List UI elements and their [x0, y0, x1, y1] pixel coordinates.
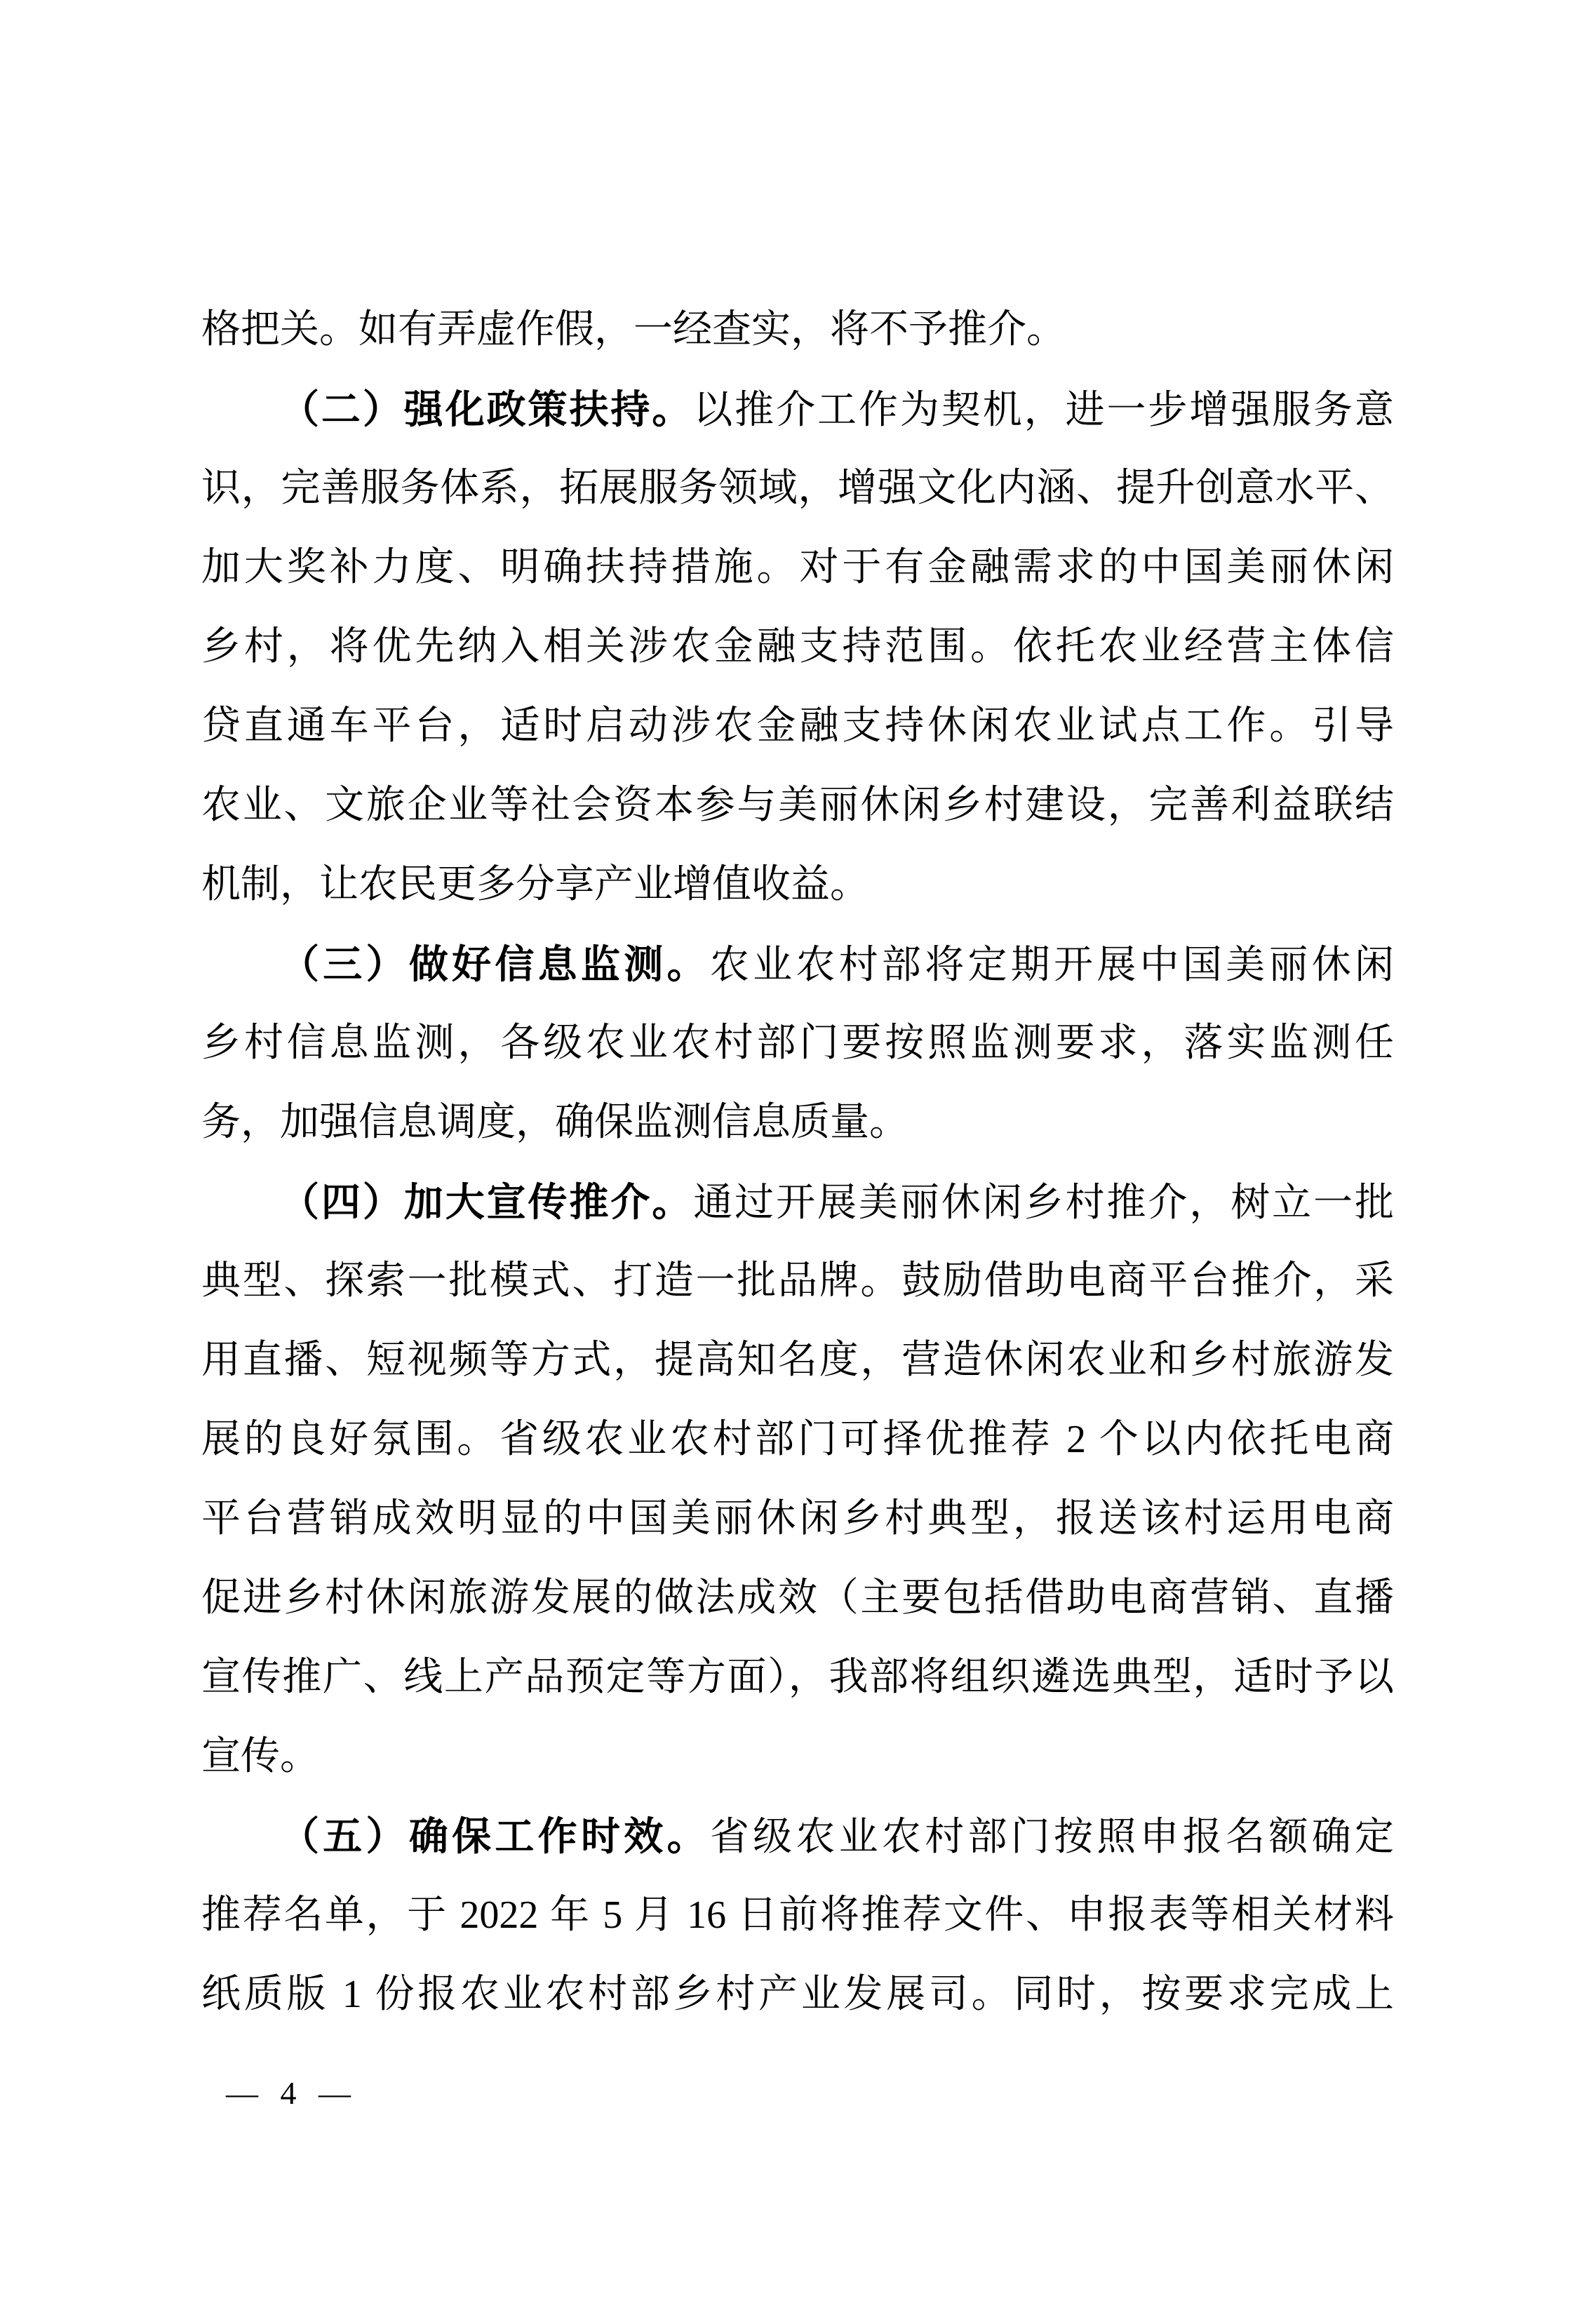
- body-text: 务，加强信息调度，确保监测信息质量。: [201, 1101, 908, 1144]
- text-line: 务，加强信息调度，确保监测信息质量。: [201, 1083, 1394, 1162]
- text-line: （二）强化政策扶持。以推介工作为契机，进一步增强服务意: [201, 370, 1394, 449]
- body-text: 乡村信息监测，各级农业农村部门要按照监测要求，落实监测任: [201, 1021, 1394, 1065]
- section-heading: （三）做好信息监测。: [280, 942, 710, 986]
- text-line: 平台营销成效明显的中国美丽休闲乡村典型，报送该村运用电商: [201, 1479, 1394, 1559]
- body-text: 平台营销成效明显的中国美丽休闲乡村典型，报送该村运用电商: [201, 1497, 1394, 1541]
- body-text: 乡村，将优先纳入相关涉农金融支持范围。依托农业经营主体信: [201, 625, 1394, 669]
- text-line: （三）做好信息监测。农业农村部将定期开展中国美丽休闲: [201, 925, 1394, 1004]
- document-body: 格把关。如有弄虚作假，一经查实，将不予推介。（二）强化政策扶持。以推介工作为契机…: [201, 290, 1394, 2034]
- body-text: 省级农业农村部门按照申报名额确定: [710, 1816, 1394, 1859]
- text-line: （五）确保工作时效。省级农业农村部门按照申报名额确定: [201, 1797, 1394, 1876]
- text-line: 典型、探索一批模式、打造一批品牌。鼓励借助电商平台推介，采: [201, 1242, 1394, 1321]
- page-number: — 4 —: [226, 2071, 358, 2116]
- document-page: 格把关。如有弄虚作假，一经查实，将不予推介。（二）强化政策扶持。以推介工作为契机…: [0, 0, 1596, 2315]
- text-line: 贷直通车平台，适时启动涉农金融支持休闲农业试点工作。引导: [201, 687, 1394, 766]
- text-line: 乡村，将优先纳入相关涉农金融支持范围。依托农业经营主体信: [201, 608, 1394, 687]
- text-line: 农业、文旅企业等社会资本参与美丽休闲乡村建设，完善利益联结: [201, 766, 1394, 845]
- section-heading: （二）强化政策扶持。: [280, 387, 693, 431]
- body-text: 纸质版 1 份报农业农村部乡村产业发展司。同时，按要求完成上: [201, 1973, 1394, 2016]
- text-line: 展的良好氛围。省级农业农村部门可择优推荐 2 个以内依托电商: [201, 1400, 1394, 1479]
- body-text: 机制，让农民更多分享产业增值收益。: [201, 863, 869, 906]
- text-line: 乡村信息监测，各级农业农村部门要按照监测要求，落实监测任: [201, 1004, 1394, 1083]
- body-text: 农业、文旅企业等社会资本参与美丽休闲乡村建设，完善利益联结: [201, 784, 1394, 827]
- body-text: 识，完善服务体系，拓展服务领域，增强文化内涵、提升创意水平、: [201, 467, 1394, 510]
- section-heading: （五）确保工作时效。: [280, 1814, 710, 1858]
- body-text: 宣传。: [201, 1735, 319, 1778]
- body-text: 加大奖补力度、明确扶持措施。对于有金融需求的中国美丽休闲: [201, 546, 1394, 589]
- text-line: 纸质版 1 份报农业农村部乡村产业发展司。同时，按要求完成上: [201, 1955, 1394, 2034]
- body-text: 以推介工作为契机，进一步增强服务意: [693, 389, 1394, 432]
- body-text: 推荐名单，于 2022 年 5 月 16 日前将推荐文件、申报表等相关材料: [201, 1893, 1394, 1937]
- body-text: 典型、探索一批模式、打造一批品牌。鼓励借助电商平台推介，采: [201, 1259, 1394, 1303]
- body-text: 格把关。如有弄虚作假，一经查实，将不予推介。: [201, 308, 1066, 351]
- text-line: 宣传。: [201, 1717, 1394, 1797]
- body-text: 贷直通车平台，适时启动涉农金融支持休闲农业试点工作。引导: [201, 704, 1394, 748]
- body-text: 宣传推广、线上产品预定等方面），我部将组织遴选典型，适时予以: [201, 1656, 1394, 1699]
- text-line: 促进乡村休闲旅游发展的做法成效（主要包括借助电商营销、直播: [201, 1559, 1394, 1638]
- text-line: 加大奖补力度、明确扶持措施。对于有金融需求的中国美丽休闲: [201, 528, 1394, 608]
- body-text: 通过开展美丽休闲乡村推介，树立一批: [693, 1181, 1394, 1225]
- text-line: 格把关。如有弄虚作假，一经查实，将不予推介。: [201, 290, 1394, 370]
- body-text: 促进乡村休闲旅游发展的做法成效（主要包括借助电商营销、直播: [201, 1576, 1394, 1620]
- body-text: 用直播、短视频等方式，提高知名度，营造休闲农业和乡村旅游发: [201, 1338, 1394, 1382]
- text-line: 机制，让农民更多分享产业增值收益。: [201, 845, 1394, 925]
- text-line: 推荐名单，于 2022 年 5 月 16 日前将推荐文件、申报表等相关材料: [201, 1876, 1394, 1955]
- text-line: 识，完善服务体系，拓展服务领域，增强文化内涵、提升创意水平、: [201, 449, 1394, 528]
- body-text: 展的良好氛围。省级农业农村部门可择优推荐 2 个以内依托电商: [201, 1418, 1394, 1461]
- text-line: 宣传推广、线上产品预定等方面），我部将组织遴选典型，适时予以: [201, 1638, 1394, 1717]
- text-line: （四）加大宣传推介。通过开展美丽休闲乡村推介，树立一批: [201, 1162, 1394, 1242]
- text-line: 用直播、短视频等方式，提高知名度，营造休闲农业和乡村旅游发: [201, 1321, 1394, 1400]
- section-heading: （四）加大宣传推介。: [280, 1180, 693, 1224]
- body-text: 农业农村部将定期开展中国美丽休闲: [710, 944, 1394, 987]
